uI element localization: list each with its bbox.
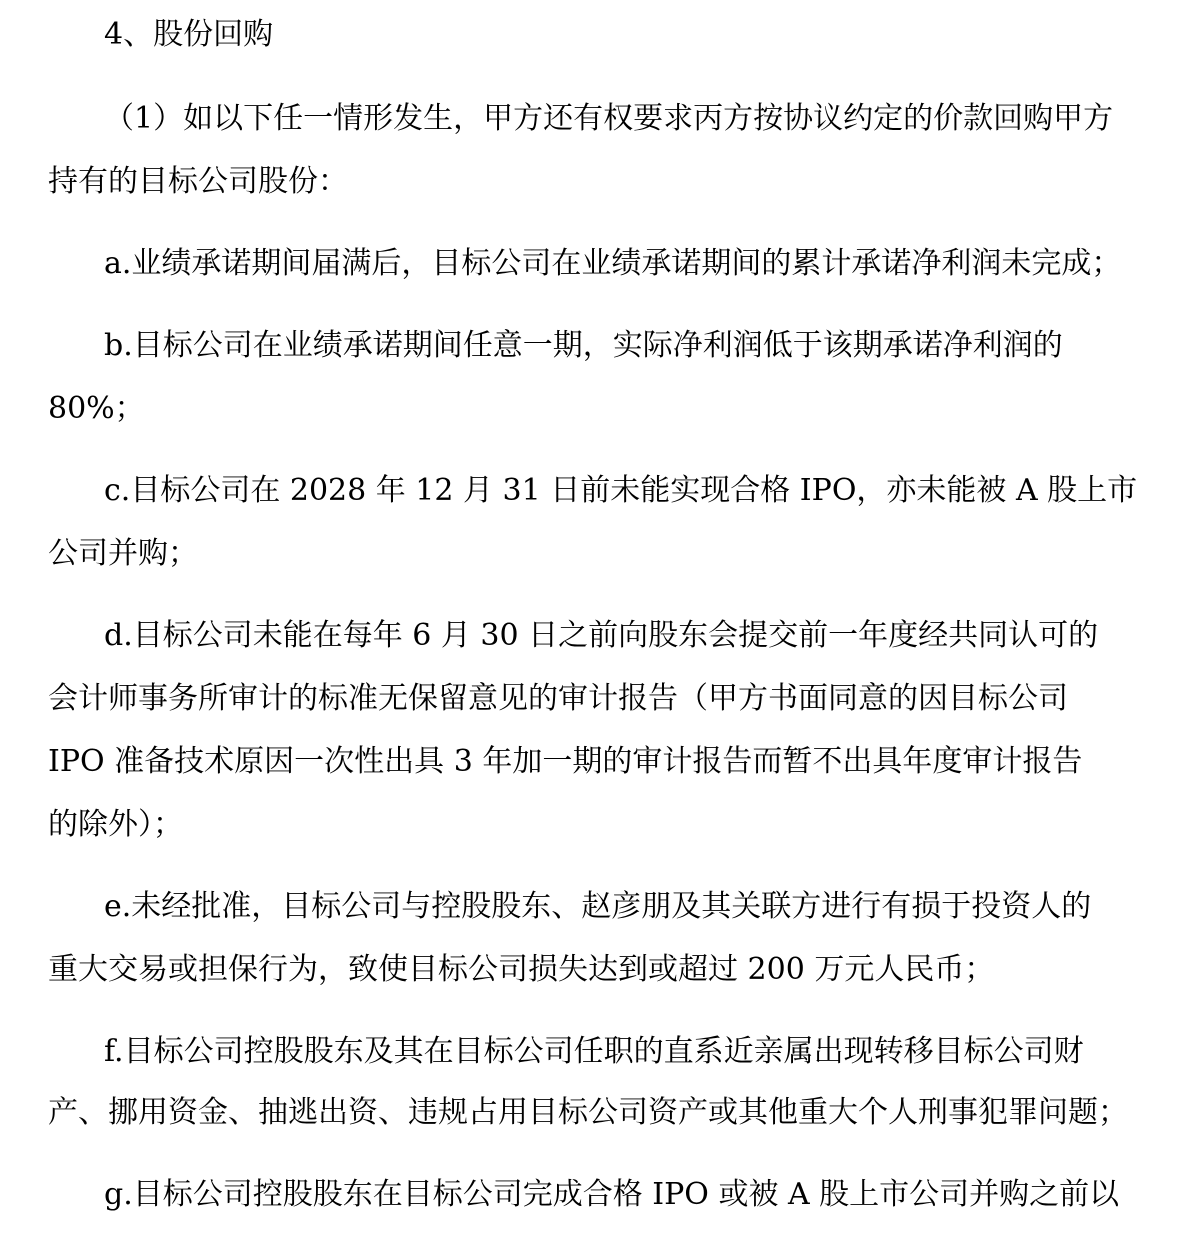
- item-d-line-4: 的除外）；: [48, 806, 183, 844]
- item-c-line-1: c.目标公司在 2028 年 12 月 31 日前未能实现合格 IPO，亦未能被…: [104, 472, 1137, 510]
- item-f-line-2: 产、挪用资金、抽逃出资、违规占用目标公司资产或其他重大个人刑事犯罪问题；: [48, 1094, 1128, 1132]
- item-b-line-1: b.目标公司在业绩承诺期间任意一期，实际净利润低于该期承诺净利润的: [104, 327, 1063, 365]
- item-f-line-1: f.目标公司控股股东及其在目标公司任职的直系近亲属出现转移目标公司财: [104, 1033, 1084, 1071]
- item-d-line-2: 会计师事务所审计的标准无保留意见的审计报告（甲方书面同意的因目标公司: [48, 680, 1068, 718]
- item-b-line-2: 80%；: [48, 390, 145, 428]
- item-d-line-1: d.目标公司未能在每年 6 月 30 日之前向股东会提交前一年度经共同认可的: [104, 617, 1098, 655]
- item-e-line-1: e.未经批准，目标公司与控股股东、赵彦朋及其关联方进行有损于投资人的: [104, 888, 1091, 926]
- item-c-line-2: 公司并购；: [48, 535, 198, 573]
- section-title: 4、股份回购: [104, 16, 273, 54]
- item-e-line-2: 重大交易或担保行为，致使目标公司损失达到或超过 200 万元人民币；: [48, 951, 994, 989]
- item-a-line-1: a.业绩承诺期间届满后，目标公司在业绩承诺期间的累计承诺净利润未完成；: [104, 245, 1121, 283]
- paragraph-1-line-1: （1）如以下任一情形发生，甲方还有权要求丙方按协议约定的价款回购甲方: [104, 100, 1154, 138]
- paragraph-1-line-2: 持有的目标公司股份：: [48, 163, 348, 201]
- item-g-line-1: g.目标公司控股股东在目标公司完成合格 IPO 或被 A 股上市公司并购之前以: [104, 1176, 1119, 1214]
- item-d-line-3: IPO 准备技术原因一次性出具 3 年加一期的审计报告而暂不出具年度审计报告: [48, 743, 1082, 781]
